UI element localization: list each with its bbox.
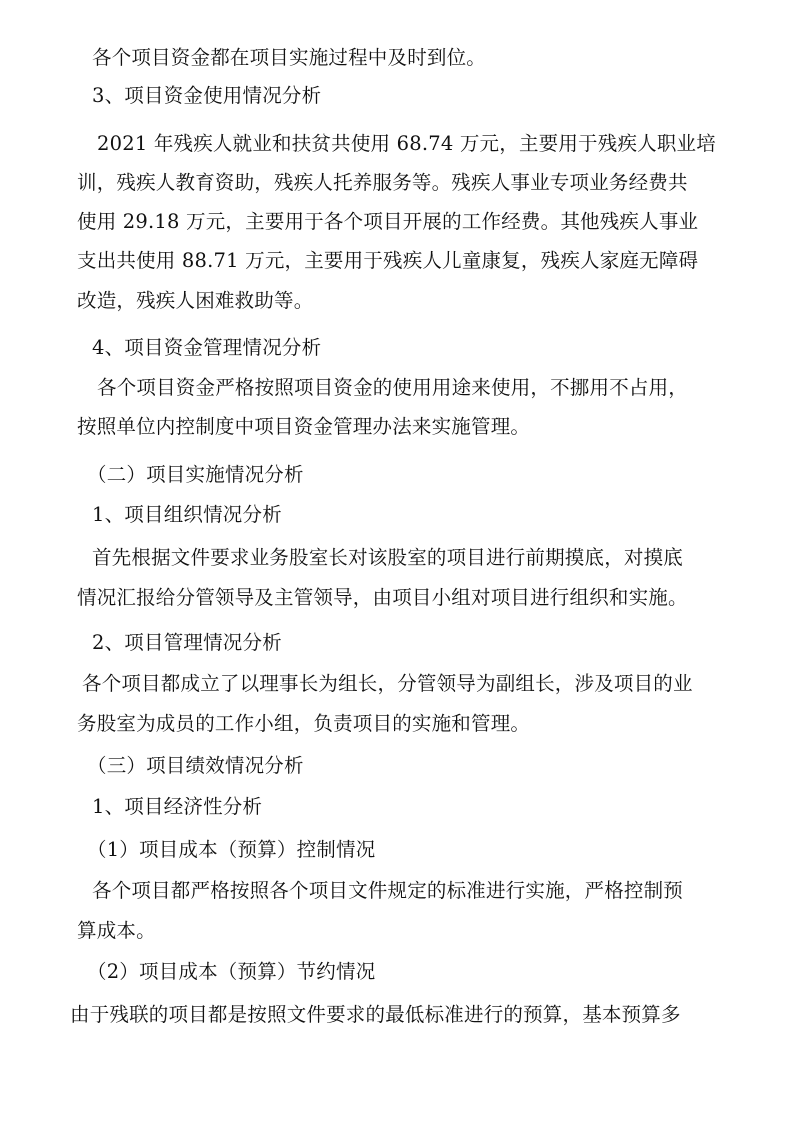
- paragraph-text: 情况汇报给分管领导及主管领导，由项目小组对项目进行组织和实施。: [77, 586, 688, 610]
- section-heading: （1）项目成本（预算）控制情况: [87, 838, 375, 862]
- section-heading: 3、项目资金使用情况分析: [92, 84, 321, 108]
- paragraph-text: 支出共使用 88.71 万元，主要用于残疾人儿童康复，残疾人家庭无障碍: [77, 249, 698, 273]
- paragraph-text: 由于残联的项目都是按照文件要求的最低标准进行的预算，基本预算多: [70, 1003, 681, 1027]
- paragraph-text: 使用 29.18 万元，主要用于各个项目开展的工作经费。其他残疾人事业: [77, 210, 698, 234]
- paragraph-text: 各个项目都严格按照各个项目文件规定的标准进行实施，严格控制预: [92, 879, 683, 903]
- section-heading: （2）项目成本（预算）节约情况: [87, 960, 375, 984]
- section-heading: （三）项目绩效情况分析: [87, 754, 304, 778]
- paragraph-text: 各个项目都成立了以理事长为组长，分管领导为副组长，涉及项目的业: [82, 672, 693, 696]
- paragraph-text: 2021 年残疾人就业和扶贫共使用 68.74 万元，主要用于残疾人职业培: [97, 132, 716, 156]
- paragraph-text: 各个项目资金都在项目实施过程中及时到位。: [92, 46, 486, 70]
- paragraph-text: 按照单位内控制度中项目资金管理办法来实施管理。: [77, 415, 530, 439]
- paragraph-text: 务股室为成员的工作小组，负责项目的实施和管理。: [77, 712, 530, 736]
- paragraph-text: 首先根据文件要求业务股室长对该股室的项目进行前期摸底，对摸底: [92, 546, 683, 570]
- paragraph-text: 训，残疾人教育资助，残疾人托养服务等。残疾人事业专项业务经费共: [77, 171, 688, 195]
- section-heading: （二）项目实施情况分析: [87, 463, 304, 487]
- section-heading: 4、项目资金管理情况分析: [92, 336, 321, 360]
- paragraph-text: 各个项目资金严格按照项目资金的使用用途来使用，不挪用不占用，: [97, 376, 688, 400]
- paragraph-text: 算成本。: [77, 919, 156, 943]
- section-heading: 1、项目经济性分析: [92, 795, 262, 819]
- section-heading: 2、项目管理情况分析: [92, 631, 282, 655]
- paragraph-text: 改造，残疾人困难救助等。: [77, 289, 313, 313]
- section-heading: 1、项目组织情况分析: [92, 503, 282, 527]
